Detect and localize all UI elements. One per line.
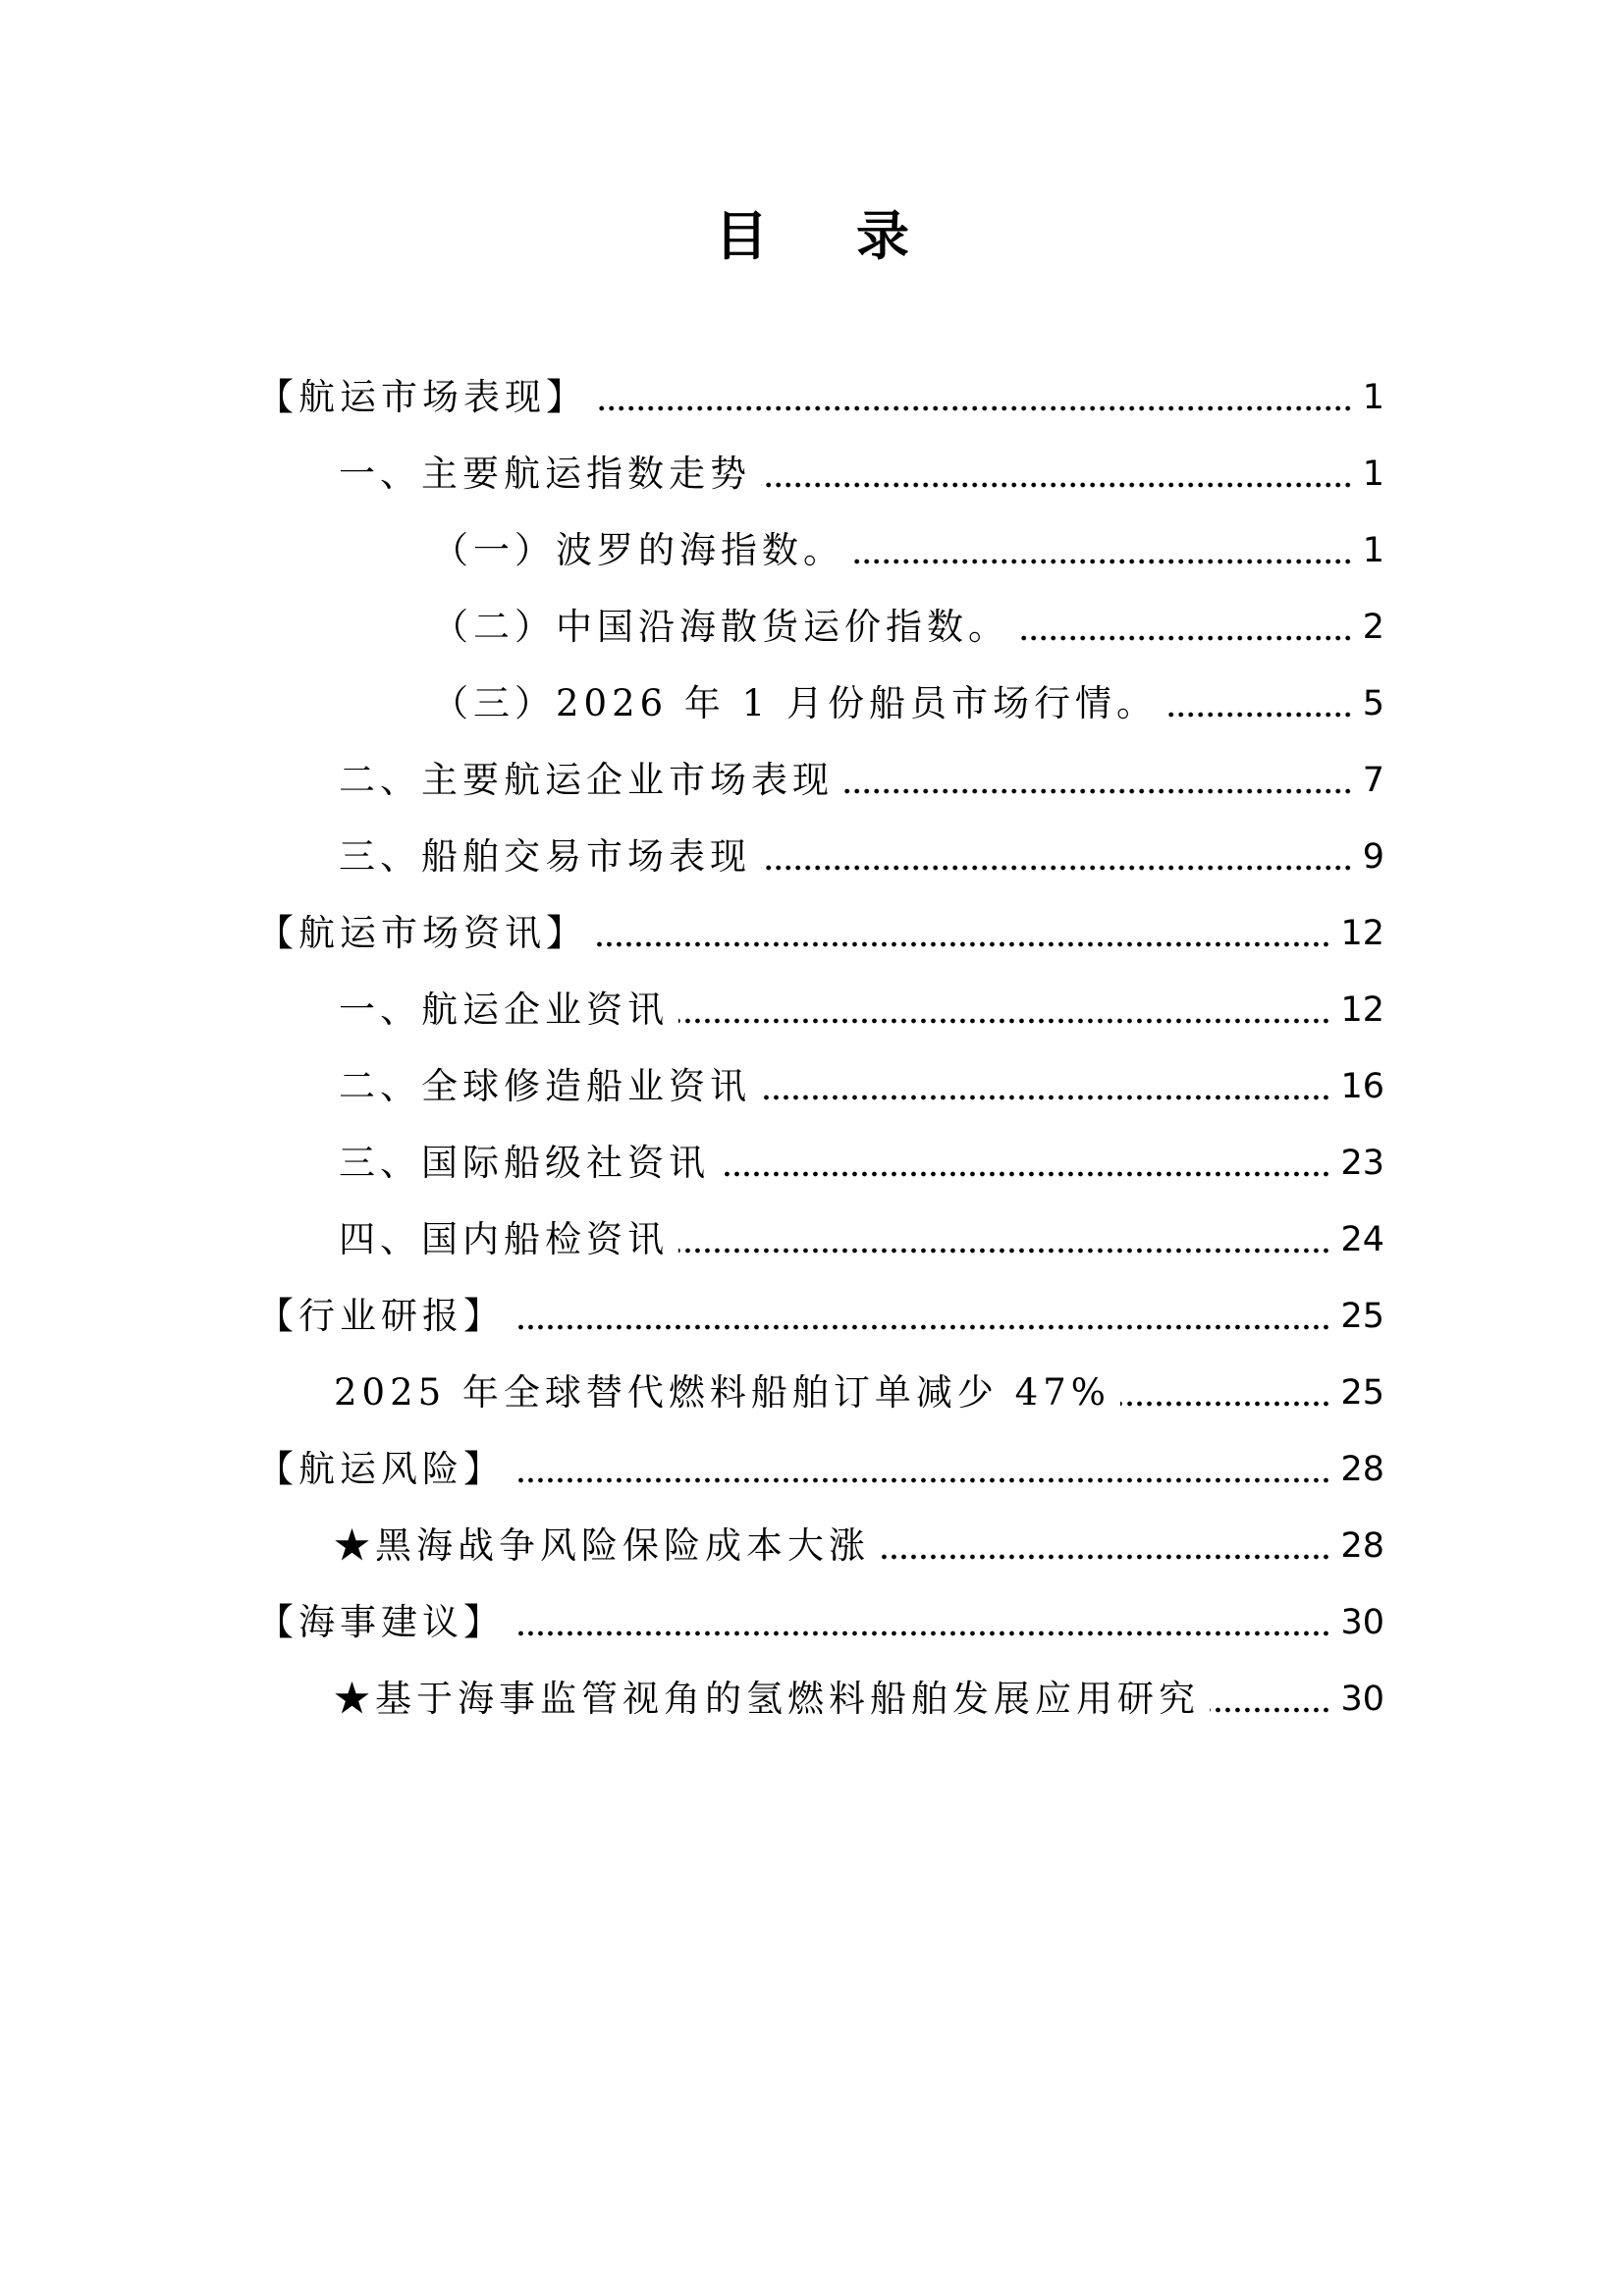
toc-page-number: 28 [1340, 1517, 1384, 1575]
dot-leader [1210, 1707, 1330, 1713]
toc-page-number: 30 [1340, 1670, 1384, 1729]
dot-leader [843, 788, 1353, 794]
toc-entry-ship-trading-market[interactable]: 三、船舶交易市场表现 9 [339, 828, 1384, 886]
toc-page-number: 12 [1340, 981, 1384, 1040]
toc-entry-maritime-advice[interactable]: 【海事建议】 30 [257, 1593, 1384, 1652]
toc-entry-label: 【海事建议】 [257, 1593, 505, 1652]
toc-entry-shipbuilding-news[interactable]: 二、全球修造船业资讯 16 [339, 1057, 1384, 1116]
dot-leader [720, 1171, 1330, 1177]
toc-page-number: 30 [1340, 1593, 1384, 1652]
toc-entry-classification-society-news[interactable]: 三、国际船级社资讯 23 [339, 1134, 1384, 1193]
dot-leader [1019, 635, 1353, 641]
toc-entry-alt-fuel-orders[interactable]: 2025 年全球替代燃料船舶订单减少 47% 25 [334, 1363, 1384, 1422]
toc-page-number: 25 [1340, 1287, 1384, 1346]
page-title: 目录 [0, 196, 1624, 275]
toc-entry-label: 三、船舶交易市场表现 [339, 828, 751, 886]
toc-page-number: 2 [1363, 598, 1384, 657]
dot-leader [678, 1248, 1330, 1254]
dot-leader [678, 1018, 1330, 1024]
title-char-1: 目 [715, 196, 768, 275]
toc-entry-shipping-market-performance[interactable]: 【航运市场表现】 1 [257, 368, 1384, 427]
dot-leader [514, 1630, 1330, 1636]
toc-entry-shipping-risk[interactable]: 【航运风险】 28 [257, 1440, 1384, 1499]
toc-entry-label: 【航运风险】 [257, 1440, 505, 1499]
toc-entry-shipping-market-news[interactable]: 【航运市场资讯】 12 [257, 904, 1384, 963]
toc-entry-label: 一、主要航运指数走势 [339, 445, 751, 504]
toc-entry-label: 四、国内船检资讯 [339, 1210, 669, 1269]
toc-entry-industry-research[interactable]: 【行业研报】 25 [257, 1287, 1384, 1346]
toc-entry-black-sea-insurance[interactable]: ★黑海战争风险保险成本大涨 28 [334, 1517, 1384, 1575]
dot-leader [597, 941, 1330, 947]
toc-entry-label: 【航运市场表现】 [257, 368, 587, 427]
dot-leader [880, 1554, 1330, 1560]
toc-page-number: 9 [1363, 828, 1384, 886]
toc-entry-label: ★基于海事监管视角的氢燃料船舶发展应用研究 [334, 1670, 1200, 1729]
toc-entry-label: 二、全球修造船业资讯 [339, 1057, 751, 1116]
toc-entry-shipping-companies-performance[interactable]: 二、主要航运企业市场表现 7 [339, 751, 1384, 810]
toc-entry-label: 2025 年全球替代燃料船舶订单减少 47% [334, 1363, 1110, 1422]
toc-entry-label: （二）中国沿海散货运价指数。 [432, 598, 1009, 657]
title-char-2: 录 [856, 196, 909, 275]
toc-entry-label: 一、航运企业资讯 [339, 981, 669, 1040]
dot-leader [761, 482, 1353, 488]
dot-leader [761, 865, 1353, 871]
dot-leader [761, 1095, 1330, 1100]
toc-entry-label: ★黑海战争风险保险成本大涨 [334, 1517, 870, 1575]
toc-entry-seafarer-market[interactable]: （三）2026 年 1 月份船员市场行情。 5 [432, 674, 1384, 733]
toc-entry-label: （一）波罗的海指数。 [432, 521, 844, 580]
dot-leader [1167, 712, 1353, 718]
toc-page-number: 1 [1363, 368, 1384, 427]
dot-leader [1120, 1401, 1331, 1407]
toc-entry-label: 【行业研报】 [257, 1287, 505, 1346]
toc-page-number: 25 [1340, 1363, 1384, 1422]
toc-entry-label: （三）2026 年 1 月份船员市场行情。 [432, 674, 1158, 733]
toc-page-number: 5 [1363, 674, 1384, 733]
toc-page-number: 16 [1340, 1057, 1384, 1116]
toc-page-number: 23 [1340, 1134, 1384, 1193]
toc-page-number: 1 [1363, 445, 1384, 504]
toc-entry-label: 三、国际船级社资讯 [339, 1134, 710, 1193]
dot-leader [597, 405, 1353, 411]
toc-page-number: 1 [1363, 521, 1384, 580]
toc-page-number: 28 [1340, 1440, 1384, 1499]
toc-page-number: 12 [1340, 904, 1384, 963]
toc-entry-hydrogen-fuel-ships[interactable]: ★基于海事监管视角的氢燃料船舶发展应用研究 30 [334, 1670, 1384, 1729]
dot-leader [854, 559, 1353, 564]
toc-entry-label: 二、主要航运企业市场表现 [339, 751, 834, 810]
dot-leader [514, 1324, 1330, 1330]
toc-entry-shipping-index-trend[interactable]: 一、主要航运指数走势 1 [339, 445, 1384, 504]
toc-entry-domestic-inspection-news[interactable]: 四、国内船检资讯 24 [339, 1210, 1384, 1269]
toc-entry-baltic-index[interactable]: （一）波罗的海指数。 1 [432, 521, 1384, 580]
toc-entry-coastal-bulk-index[interactable]: （二）中国沿海散货运价指数。 2 [432, 598, 1384, 657]
toc-entry-label: 【航运市场资讯】 [257, 904, 587, 963]
toc-entry-shipping-company-news[interactable]: 一、航运企业资讯 12 [339, 981, 1384, 1040]
toc-page-number: 7 [1363, 751, 1384, 810]
dot-leader [514, 1477, 1330, 1483]
toc-page-number: 24 [1340, 1210, 1384, 1269]
